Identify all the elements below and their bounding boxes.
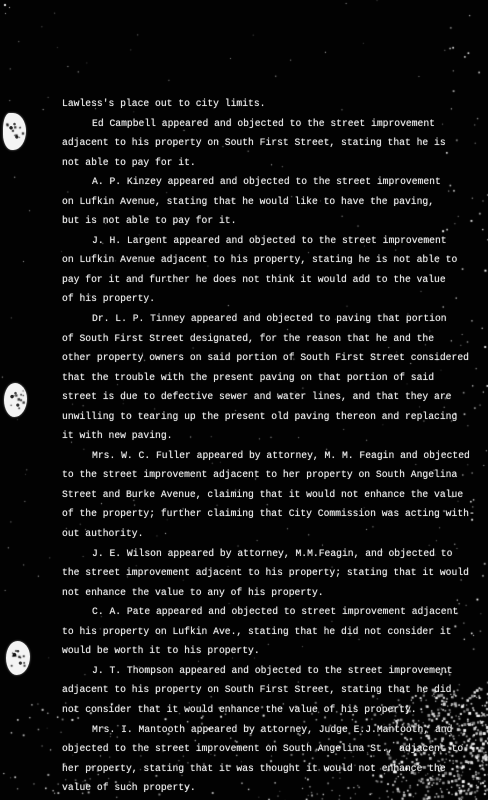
text-line: objected to the street improvement on So… (62, 739, 464, 759)
text-line: but is not able to pay for it. (62, 211, 464, 231)
text-line: it with new paving. (62, 426, 464, 446)
text-line: out authority. (62, 524, 464, 544)
document-text: Lawless's place out to city limits.Ed Ca… (62, 94, 464, 798)
text-line: to his property on Lufkin Ave., stating … (62, 622, 464, 642)
text-line: Mrs. W. C. Fuller appeared by attorney, … (62, 446, 464, 466)
scanned-page: Lawless's place out to city limits.Ed Ca… (0, 0, 488, 800)
text-line: to the street improvement adjacent to he… (62, 465, 464, 485)
text-line: J. E. Wilson appeared by attorney, M.M.F… (62, 544, 464, 564)
text-line: her property, stating that it was though… (62, 759, 464, 779)
text-line: Street and Burke Avenue, claiming that i… (62, 485, 464, 505)
text-line: unwilling to tearing up the present old … (62, 407, 464, 427)
text-line: other property owners on said portion of… (62, 348, 464, 368)
text-line: Lawless's place out to city limits. (62, 94, 464, 114)
text-line: street is due to defective sewer and wat… (62, 387, 464, 407)
text-line: would be worth it to his property. (62, 641, 464, 661)
text-line: adjacent to his property on South First … (62, 680, 464, 700)
text-line: adjacent to his property on South First … (62, 133, 464, 153)
hole-punch-mark (6, 641, 30, 675)
text-line: of the property; further claiming that C… (62, 504, 464, 524)
text-line: J. H. Largent appeared and objected to t… (62, 231, 464, 251)
text-line: J. T. Thompson appeared and objected to … (62, 661, 464, 681)
text-line: the street improvement adjacent to his p… (62, 563, 464, 583)
text-line: value of such property. (62, 778, 464, 798)
text-line: pay for it and further he does not think… (62, 270, 464, 290)
text-line: not able to pay for it. (62, 153, 464, 173)
text-line: on Lufkin Avenue, stating that he would … (62, 192, 464, 212)
text-line: Mrs. I. Mantooth appeared by attorney, J… (62, 720, 464, 740)
text-line: C. A. Pate appeared and objected to stre… (62, 602, 464, 622)
text-line: not consider that it would enhance the v… (62, 700, 464, 720)
text-line: not enhance the value to any of his prop… (62, 583, 464, 603)
text-line: that the trouble with the present paving… (62, 368, 464, 388)
text-line: of South First Street designated, for th… (62, 329, 464, 349)
text-line: Dr. L. P. Tinney appeared and objected t… (62, 309, 464, 329)
hole-punch-mark (3, 113, 26, 150)
hole-punch-mark (4, 383, 27, 417)
text-line: Ed Campbell appeared and objected to the… (62, 114, 464, 134)
text-line: A. P. Kinzey appeared and objected to th… (62, 172, 464, 192)
text-line: on Lufkin Avenue adjacent to his propert… (62, 250, 464, 270)
text-line: of his property. (62, 289, 464, 309)
